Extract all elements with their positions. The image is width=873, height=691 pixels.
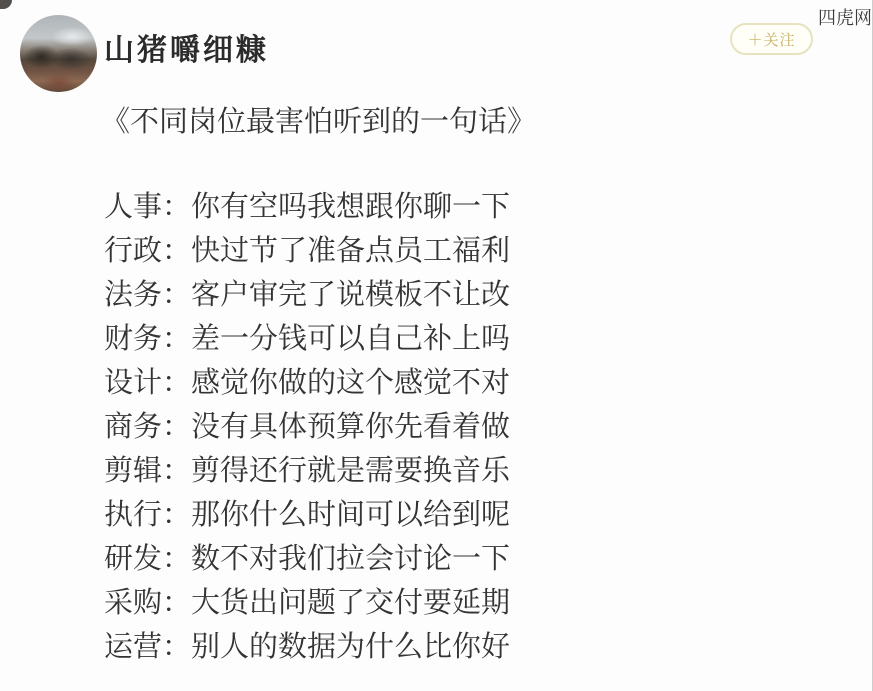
- screen-corner-artifact: [0, 0, 12, 9]
- post-line: 运营：别人的数据为什么比你好: [104, 625, 510, 669]
- post-line: 剪辑：剪得还行就是需要换音乐: [104, 449, 510, 493]
- post-line: 执行：那你什么时间可以给到呢: [104, 493, 510, 537]
- post-line: 设计：感觉你做的这个感觉不对: [104, 361, 510, 405]
- post-line: 研发：数不对我们拉会讨论一下: [104, 537, 510, 581]
- post-line: 人事：你有空吗我想跟你聊一下: [104, 185, 510, 229]
- post-line: 法务：客户审完了说模板不让改: [104, 273, 510, 317]
- post-line: 财务：差一分钱可以自己补上吗: [104, 317, 510, 361]
- site-watermark: 四虎网: [818, 4, 872, 30]
- post-body: 人事：你有空吗我想跟你聊一下 行政：快过节了准备点员工福利 法务：客户审完了说模…: [104, 185, 510, 669]
- post-line: 行政：快过节了准备点员工福利: [104, 229, 510, 273]
- follow-button[interactable]: ＋关注: [730, 23, 813, 55]
- username[interactable]: 山猪嚼细糠: [104, 25, 269, 69]
- post-title: 《不同岗位最害怕听到的一句话》: [101, 99, 536, 140]
- user-avatar[interactable]: [20, 15, 97, 92]
- post-page: 山猪嚼细糠 ＋关注 四虎网 《不同岗位最害怕听到的一句话》 人事：你有空吗我想跟…: [0, 0, 873, 691]
- post-line: 商务：没有具体预算你先看着做: [104, 405, 510, 449]
- post-line: 采购：大货出问题了交付要延期: [104, 581, 510, 625]
